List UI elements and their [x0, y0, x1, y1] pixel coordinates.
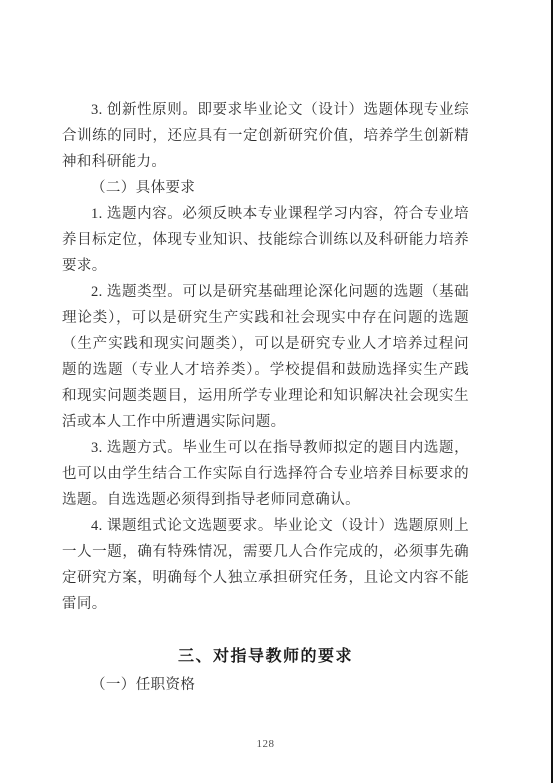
paragraph-topic-method: 3. 选题方式。毕业生可以在指导教师拟定的题目内选题，也可以由学生结合工作实际自… [62, 435, 469, 513]
paragraph-topic-content: 1. 选题内容。必须反映本专业课程学习内容，符合专业培养目标定位，体现专业知识、… [62, 201, 469, 279]
section-heading: 三、对指导教师的要求 [62, 642, 469, 672]
scan-edge-line [551, 0, 553, 783]
document-body: 3. 创新性原则。即要求毕业论文（设计）选题体现专业综合训练的同时，还应具有一定… [62, 97, 469, 698]
page-number: 128 [62, 738, 469, 750]
paragraph-innovation-principle: 3. 创新性原则。即要求毕业论文（设计）选题体现专业综合训练的同时，还应具有一定… [62, 97, 469, 175]
subsection-heading: （一）任职资格 [62, 672, 469, 698]
paragraph-specific-requirements-label: （二）具体要求 [62, 175, 469, 201]
document-page: 3. 创新性原则。即要求毕业论文（设计）选题体现专业综合训练的同时，还应具有一定… [0, 0, 554, 783]
paragraph-group-thesis-requirements: 4. 课题组式论文选题要求。毕业论文（设计）选题原则上一人一题，确有特殊情况，需… [62, 513, 469, 617]
paragraph-topic-type: 2. 选题类型。可以是研究基础理论深化问题的选题（基础理论类），可以是研究生产实… [62, 279, 469, 435]
